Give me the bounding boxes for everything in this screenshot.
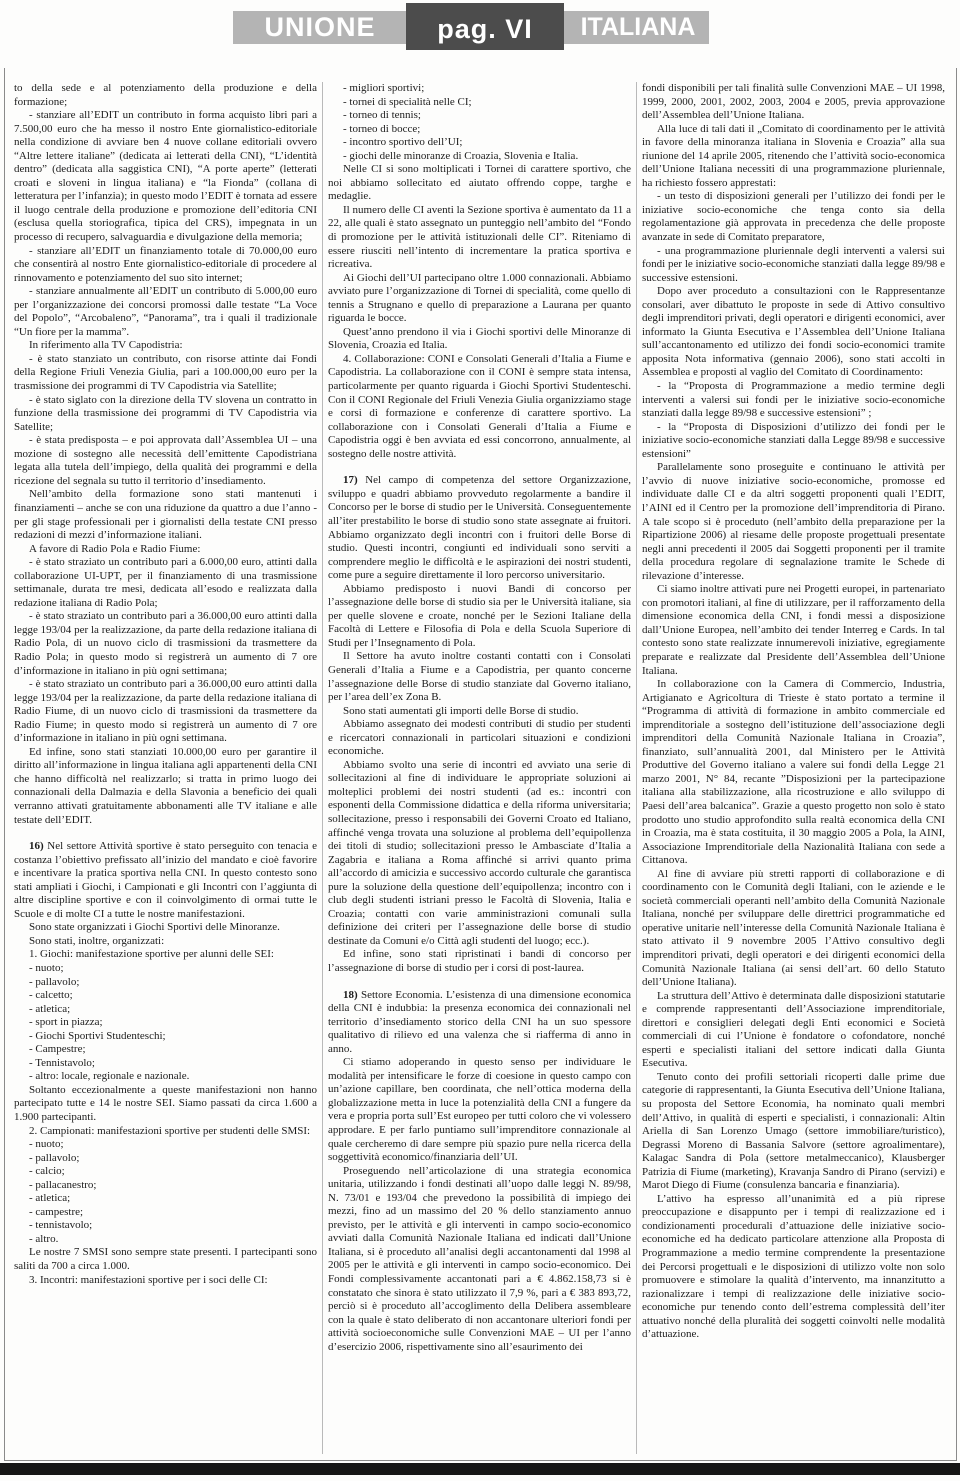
paragraph: - è stato straziato un contributo pari a… bbox=[14, 678, 317, 746]
column-2: - migliori sportivi;- tornei di speciali… bbox=[328, 82, 631, 1454]
paragraph: Soltanto eccezionalmente a queste manife… bbox=[14, 1084, 317, 1125]
paragraph: - nuoto; bbox=[14, 1138, 317, 1152]
paragraph: 16) Nel settore Attività sportive è stat… bbox=[14, 840, 317, 921]
paragraph: - torneo di bocce; bbox=[328, 123, 631, 137]
column-3: fondi disponibili per tali finalità sull… bbox=[642, 82, 945, 1454]
paragraph: - incontro sportivo dell’UI; bbox=[328, 136, 631, 150]
section-number: 17) bbox=[343, 474, 365, 486]
paragraph: - un testo di disposizioni generali per … bbox=[642, 190, 945, 244]
paragraph: - Giochi Sportivi Studenteschi; bbox=[14, 1030, 317, 1044]
paragraph: - stanziare annualmente all’EDIT un cont… bbox=[14, 285, 317, 339]
paragraph: - campestre; bbox=[14, 1206, 317, 1220]
paragraph: - atletica; bbox=[14, 1192, 317, 1206]
paragraph: to della sede e al potenziamento della p… bbox=[14, 82, 317, 109]
paragraph: Sono state organizzati i Giochi Sportivi… bbox=[14, 921, 317, 935]
section-number: 18) bbox=[343, 989, 361, 1001]
paragraph: - giochi delle minoranze di Croazia, Slo… bbox=[328, 150, 631, 164]
paragraph: Proseguendo nell’articolazione di una st… bbox=[328, 1165, 631, 1355]
paragraph: - tornei di specialità nelle CI; bbox=[328, 96, 631, 110]
page-number-label: pag. VI bbox=[406, 12, 564, 46]
paragraph: 4. Collaborazione: CONI e Consolati Gene… bbox=[328, 353, 631, 461]
paragraph: Abbiamo assegnato dei modesti contributi… bbox=[328, 718, 631, 759]
article-body: to della sede e al potenziamento della p… bbox=[14, 82, 946, 1454]
paragraph: - Campestre; bbox=[14, 1043, 317, 1057]
paragraph: Ci stiamo adoperando in questo senso per… bbox=[328, 1056, 631, 1164]
paragraph: 3. Incontri: manifestazioni sportive per… bbox=[14, 1274, 317, 1288]
paragraph: Le nostre 7 SMSI sono sempre state prese… bbox=[14, 1246, 317, 1273]
column-divider bbox=[322, 82, 323, 1454]
paragraph: - una programmazione pluriennale degli i… bbox=[642, 245, 945, 286]
newspaper-title-left: UNIONE bbox=[240, 10, 400, 44]
paragraph: - è stata predisposta – e poi approvata … bbox=[14, 434, 317, 488]
paragraph: Alla luce di tali dati il „Comitato di c… bbox=[642, 123, 945, 191]
masthead: UNIONE pag. VI ITALIANA bbox=[0, 0, 960, 60]
paragraph: Sono stati, inoltre, organizzati: bbox=[14, 935, 317, 949]
paragraph: - nuoto; bbox=[14, 962, 317, 976]
paragraph: Abbiamo svolto una serie di incontri ed … bbox=[328, 759, 631, 949]
paragraph: Abbiamo predisposto i nuovi Bandi di con… bbox=[328, 583, 631, 651]
section-number: 16) bbox=[29, 840, 47, 852]
paragraph: Ai Giochi dell’UI partecipano oltre 1.00… bbox=[328, 272, 631, 326]
paragraph: Ci siamo inoltre attivati pure nei Proge… bbox=[642, 583, 945, 678]
paragraph: La struttura dell’Attivo è determinata d… bbox=[642, 990, 945, 1071]
column-divider bbox=[636, 82, 637, 1454]
column-1: to della sede e al potenziamento della p… bbox=[14, 82, 317, 1454]
paragraph: - torneo di tennis; bbox=[328, 109, 631, 123]
paragraph: fondi disponibili per tali finalità sull… bbox=[642, 82, 945, 123]
paragraph: Sono stati aumentati gli importi delle B… bbox=[328, 705, 631, 719]
page-bottom-rule bbox=[0, 1463, 960, 1475]
paragraph: - è stato straziato un contributo pari a… bbox=[14, 556, 317, 610]
paragraph: - migliori sportivi; bbox=[328, 82, 631, 96]
paragraph: - pallacanestro; bbox=[14, 1179, 317, 1193]
paragraph: L’attivo ha espresso all’unanimità ed a … bbox=[642, 1193, 945, 1342]
paragraph: - la “Proposta di Programmazione a medio… bbox=[642, 380, 945, 421]
paragraph: Nelle CI si sono moltiplicati i Tornei d… bbox=[328, 163, 631, 204]
paragraph: - calcetto; bbox=[14, 989, 317, 1003]
paragraph: 1. Giochi: manifestazione sportive per a… bbox=[14, 948, 317, 962]
paragraph: - è stato siglato con la direzione della… bbox=[14, 394, 317, 435]
paragraph: - è stato stanziato un contributo, con r… bbox=[14, 353, 317, 394]
paragraph: Parallelamente sono proseguite e continu… bbox=[642, 461, 945, 583]
paragraph: - pallavolo; bbox=[14, 976, 317, 990]
paragraph: Tenuto conto dei profili settoriali rico… bbox=[642, 1071, 945, 1193]
paragraph: - pallavolo; bbox=[14, 1152, 317, 1166]
paragraph: - la “Proposta di Disposizioni d’utilizz… bbox=[642, 421, 945, 462]
paragraph: - altro. bbox=[14, 1233, 317, 1247]
paragraph: - Tennistavolo; bbox=[14, 1057, 317, 1071]
paragraph: - calcio; bbox=[14, 1165, 317, 1179]
paragraph: - sport in piazza; bbox=[14, 1016, 317, 1030]
paragraph: - atletica; bbox=[14, 1003, 317, 1017]
paragraph: Quest’anno prendono il via i Giochi spor… bbox=[328, 326, 631, 353]
paragraph: A favore di Radio Pola e Radio Fiume: bbox=[14, 543, 317, 557]
paragraph: 17) Nel campo di competenza del settore … bbox=[328, 474, 631, 582]
paragraph: Ed infine, sono stati ripristinati i ban… bbox=[328, 948, 631, 975]
paragraph: Dopo aver proceduto a consultazioni con … bbox=[642, 285, 945, 380]
paragraph: Ed infine, sono stati stanziati 10.000,0… bbox=[14, 746, 317, 827]
newspaper-title-right: ITALIANA bbox=[570, 10, 706, 44]
paragraph: - è stato straziato un contributo pari a… bbox=[14, 610, 317, 678]
paragraph: Il Settore ha avuto inoltre costanti con… bbox=[328, 650, 631, 704]
paragraph: - tennistavolo; bbox=[14, 1219, 317, 1233]
paragraph: 18) Settore Economia. L’esistenza di una… bbox=[328, 989, 631, 1057]
paragraph: Il numero delle CI aventi la Sezione spo… bbox=[328, 204, 631, 272]
paragraph: - stanziare all’EDIT un contributo in fo… bbox=[14, 109, 317, 244]
paragraph: 2. Campionati: manifestazioni sportive p… bbox=[14, 1125, 317, 1139]
paragraph: In collaborazione con la Camera di Comme… bbox=[642, 678, 945, 868]
paragraph: - stanziare all’EDIT un finanziamento to… bbox=[14, 245, 317, 286]
paragraph: In riferimento alla TV Capodistria: bbox=[14, 339, 317, 353]
paragraph: Al fine di avviare più stretti rapporti … bbox=[642, 868, 945, 990]
paragraph: Nell’ambito della formazione sono stati … bbox=[14, 488, 317, 542]
paragraph: - altro: locale, regionale e nazionale. bbox=[14, 1070, 317, 1084]
